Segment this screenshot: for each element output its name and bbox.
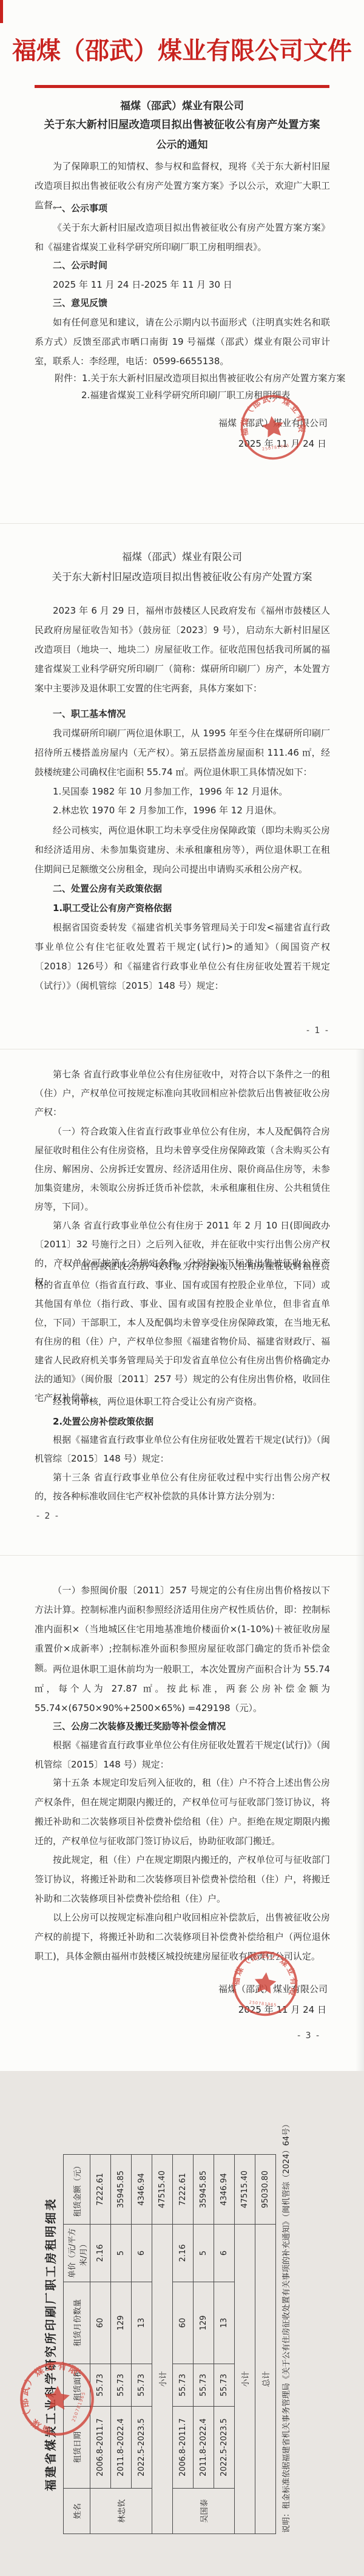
letterhead-rule xyxy=(35,85,329,88)
col-header-unit-price: 单价（元/平方米/月） xyxy=(64,2225,90,2282)
plan-title-line2: 关于东大新村旧屋改造项目拟出售被征收公有房产处置方案 xyxy=(18,569,346,583)
cell-months: 13 xyxy=(214,2282,235,2364)
rent-table-note: 说明：租金标准依据福建省机关事务管理局《关于公有住房征收处置有关事项的补充通知》… xyxy=(280,2147,291,2533)
table-row: 吴国泰 2006.8-2011.7 55.73 60 2.16 7222.61 xyxy=(173,2155,194,2534)
notice-heading-1: 一、公示事项 xyxy=(35,198,330,218)
plan-paragraph-10: 根据《福建省直行政事业单位公有住房征收处置若干规定(试行)》（闽机管综〔2015… xyxy=(35,1431,330,1468)
subtotal-amount: 47515.40 xyxy=(152,2155,173,2225)
table-row: 2022.5-2023.5 55.73 13 6 4346.94 xyxy=(214,2155,235,2534)
attachment-line-1: 附件：1.关于东大新村旧屋改造项目拟出售被征收公有房产处置方案方案 xyxy=(55,370,345,387)
tenant-name: 林忠钦 xyxy=(90,2489,152,2534)
notice-title-line3: 公示的通知 xyxy=(18,136,346,151)
cell-area: 55.73 xyxy=(214,2364,235,2407)
notice-feedback-paragraph: 如有任何意见和建议，请在公示期内以书面形式（注明真实姓名和联系方式）反馈至邵武市… xyxy=(35,313,330,371)
col-header-months: 租赁月份数量 xyxy=(64,2282,90,2364)
page-seam xyxy=(0,1555,364,1556)
svg-text:250781965: 250781965 xyxy=(249,2000,277,2008)
seal-star-icon xyxy=(261,415,285,438)
total-amount: 95030.80 xyxy=(255,2155,276,2225)
cell-months: 13 xyxy=(132,2282,152,2364)
cell-amount: 4346.94 xyxy=(132,2155,152,2225)
plan-paragraph-14: 根据《福建省直行政事业单位公有住房征收处置若干规定(试行)》（闽机管综〔2015… xyxy=(35,1735,330,1774)
plan-paragraph-1: 2023 年 6 月 29 日，福州市鼓楼区人民政府发布《福州市鼓楼区人民政府房… xyxy=(35,601,330,698)
page-number-2: - 2 - xyxy=(36,1511,59,1521)
cell-unit-price: 5 xyxy=(111,2225,132,2282)
notice-time-paragraph: 2025 年 11 月 24 日-2025 年 11 月 30 日 xyxy=(35,275,330,294)
plan-heading-4: 三、公房二次装修及搬迁奖励等补偿金情况 xyxy=(35,1717,330,1736)
col-header-name: 姓名 xyxy=(64,2489,90,2534)
table-row: 林忠钦 2006.8-2011.7 55.73 60 2.16 7222.61 xyxy=(90,2155,111,2534)
subtotal-row: 小计 47515.40 xyxy=(152,2155,173,2534)
notice-heading-3: 三、意见反馈 xyxy=(35,293,330,313)
seal-star-icon xyxy=(41,2383,71,2414)
cell-date: 2006.8-2011.7 xyxy=(90,2407,111,2489)
cell-area: 55.73 xyxy=(194,2364,214,2407)
plan-paragraph-5: 第七条 省直行政事业单位公有住房征收中，对符合以下条件之一的租（住）户，产权单位… xyxy=(35,1065,330,1122)
cell-date: 2022.5-2023.5 xyxy=(214,2407,235,2489)
notice-title-line1: 福煤（邵武）煤业有限公司 xyxy=(18,97,346,112)
rent-table-header-row: 姓名 租赁日期 租赁面积 租赁月份数量 单价（元/平方米/月） 租赁金额（元） xyxy=(64,2155,90,2534)
plan-paragraph-4: 根据省国资委转发《福建省机关事务管理局关于印发<福建省直行政事业单位公有住宅征收… xyxy=(35,918,330,995)
cell-amount: 35945.85 xyxy=(111,2155,132,2225)
cell-months: 129 xyxy=(194,2282,214,2364)
plan-paragraph-6: （一）符合政策入住省直行政事业单位公有住房，本人及配偶符合房屋征收时租住公有住房… xyxy=(35,1122,330,1216)
plan-paragraph-13: 两位退休职工退休前均为一般职工，本次处置房产面积合计为 55.74 ㎡，每个人为… xyxy=(35,1659,330,1718)
plan-paragraph-16: 按此规定，租（住）户在规定期限内搬迁的，产权单位可与征收部门签订协议，将搬迁补助… xyxy=(35,1850,330,1908)
scan-edge-shadow xyxy=(356,1049,364,2071)
total-label: 总计 xyxy=(255,2225,276,2534)
notice-heading-2: 二、公示时间 xyxy=(35,256,330,275)
notice-title-line2: 关于东大新村旧屋改造项目拟出售被征收公有房产处置方案 xyxy=(18,117,346,132)
tenant-name: 吴国泰 xyxy=(173,2489,235,2534)
cell-months: 129 xyxy=(111,2282,132,2364)
plan-heading-2-1: 1.职工受让公有房产资格依据 xyxy=(35,898,330,918)
notice-items-paragraph: 《关于东大新村旧屋改造项目拟出售被征收公有房产处置方案方案》和《福建省煤炭工业科… xyxy=(35,218,330,257)
plan-worker-item-1: 1.吴国泰 1982 年 10 月参加工作，1996 年 12 月退休。 xyxy=(35,782,330,801)
cell-date: 2011.8-2022.4 xyxy=(111,2407,132,2489)
cell-unit-price: 2.16 xyxy=(173,2225,194,2282)
company-seal: 福煤（邵武）煤业有限公司 250781965 xyxy=(235,389,311,466)
cell-amount: 4346.94 xyxy=(214,2155,235,2225)
scanned-document: 福煤（邵武）煤业有限公司文件 福煤（邵武）煤业有限公司 关于东大新村旧屋改造项目… xyxy=(0,0,364,2576)
rent-table: 姓名 租赁日期 租赁面积 租赁月份数量 单价（元/平方米/月） 租赁金额（元） … xyxy=(63,2154,276,2534)
cell-amount: 7222.61 xyxy=(90,2155,111,2225)
subtotal-label: 小计 xyxy=(235,2225,255,2534)
company-seal: 福煤（邵武）煤业有限公司 250781965 xyxy=(227,1946,302,2021)
page-number-1: - 1 - xyxy=(306,1026,329,1035)
cell-unit-price: 5 xyxy=(194,2225,214,2282)
cell-amount: 35945.85 xyxy=(194,2155,214,2225)
seal-star-icon xyxy=(254,1971,277,1995)
cell-unit-price: 2.16 xyxy=(90,2225,111,2282)
table-row: 2011.8-2022.4 55.73 129 5 35945.85 xyxy=(111,2155,132,2534)
cell-area: 55.73 xyxy=(111,2364,132,2407)
cell-area: 55.73 xyxy=(173,2364,194,2407)
plan-paragraph-15: 第十五条 本规定印发后列入征收的，租（住）户不符合上述出售公房产权条件，但在规定… xyxy=(35,1773,330,1851)
rotated-table-block: 福建省煤炭工业科学研究所印刷厂职工房租明细表 姓名 租赁日期 租赁面积 租赁月份… xyxy=(35,2147,314,2541)
page-seam xyxy=(0,523,364,524)
cell-date: 2011.8-2022.4 xyxy=(194,2407,214,2489)
svg-text:250781965: 250781965 xyxy=(71,2391,87,2422)
plan-heading-1: 一、职工基本情况 xyxy=(35,704,330,724)
cell-months: 60 xyxy=(173,2282,194,2364)
subtotal-amount: 47515.40 xyxy=(235,2155,255,2225)
plan-paragraph-8: （一）出售被征收公房产权对象为符合政策入住和房屋征收时租住资格的省直单位（指省直… xyxy=(35,1257,330,1408)
table-row: 2011.8-2022.4 55.73 129 5 35945.85 xyxy=(194,2155,214,2534)
cell-area: 55.73 xyxy=(132,2364,152,2407)
cell-unit-price: 6 xyxy=(132,2225,152,2282)
svg-text:福煤（邵武）煤业有限公司: 福煤（邵武）煤业有限公司 xyxy=(227,1946,302,1998)
plan-paragraph-2: 我司煤研所印刷厂两位退休职工，从 1995 年至今住在煤研所印刷厂招待所五楼搭盖… xyxy=(35,724,330,782)
subtotal-label: 小计 xyxy=(152,2225,173,2534)
cell-amount: 7222.61 xyxy=(173,2155,194,2225)
cell-unit-price: 6 xyxy=(214,2225,235,2282)
col-header-amount: 租赁金额（元） xyxy=(64,2155,90,2225)
subtotal-row: 小计 47515.40 xyxy=(235,2155,255,2534)
plan-heading-2: 二、处置公房有关政策依据 xyxy=(35,879,330,898)
plan-heading-3-1: 2.处置公房补偿政策依据 xyxy=(35,1412,330,1431)
cell-months: 60 xyxy=(90,2282,111,2364)
cell-date: 2022.5-2023.5 xyxy=(132,2407,152,2489)
plan-worker-item-2: 2.林忠钦 1970 年 2 月参加工作，1996 年 12 月退休。 xyxy=(35,801,330,820)
page-number-3: - 3 - xyxy=(297,2031,320,2041)
table-row: 2022.5-2023.5 55.73 13 6 4346.94 xyxy=(132,2155,152,2534)
scan-artifact xyxy=(0,0,3,23)
plan-paragraph-3: 经公司核实，两位退休职工均未享受住房保障政策（即均未购买公房和经济适用房、未参加… xyxy=(35,821,330,879)
page-seam xyxy=(0,1049,364,1049)
plan-paragraph-9: 经我司审核，两位退休职工符合受让公有房产资格。 xyxy=(35,1392,330,1411)
plan-paragraph-11: 第十三条 省直行政事业单位公有住房征收过程中实行出售公房产权的，按各种标准收回住… xyxy=(35,1468,330,1506)
rent-table-title: 福建省煤炭工业科学研究所印刷厂职工房租明细表 xyxy=(35,2147,58,2541)
cell-date: 2006.8-2011.7 xyxy=(173,2407,194,2489)
svg-text:250781965: 250781965 xyxy=(261,443,289,452)
total-row: 总计 95030.80 xyxy=(255,2155,276,2534)
plan-title-line1: 福煤（邵武）煤业有限公司 xyxy=(18,549,346,563)
letterhead: 福煤（邵武）煤业有限公司文件 xyxy=(0,32,364,66)
